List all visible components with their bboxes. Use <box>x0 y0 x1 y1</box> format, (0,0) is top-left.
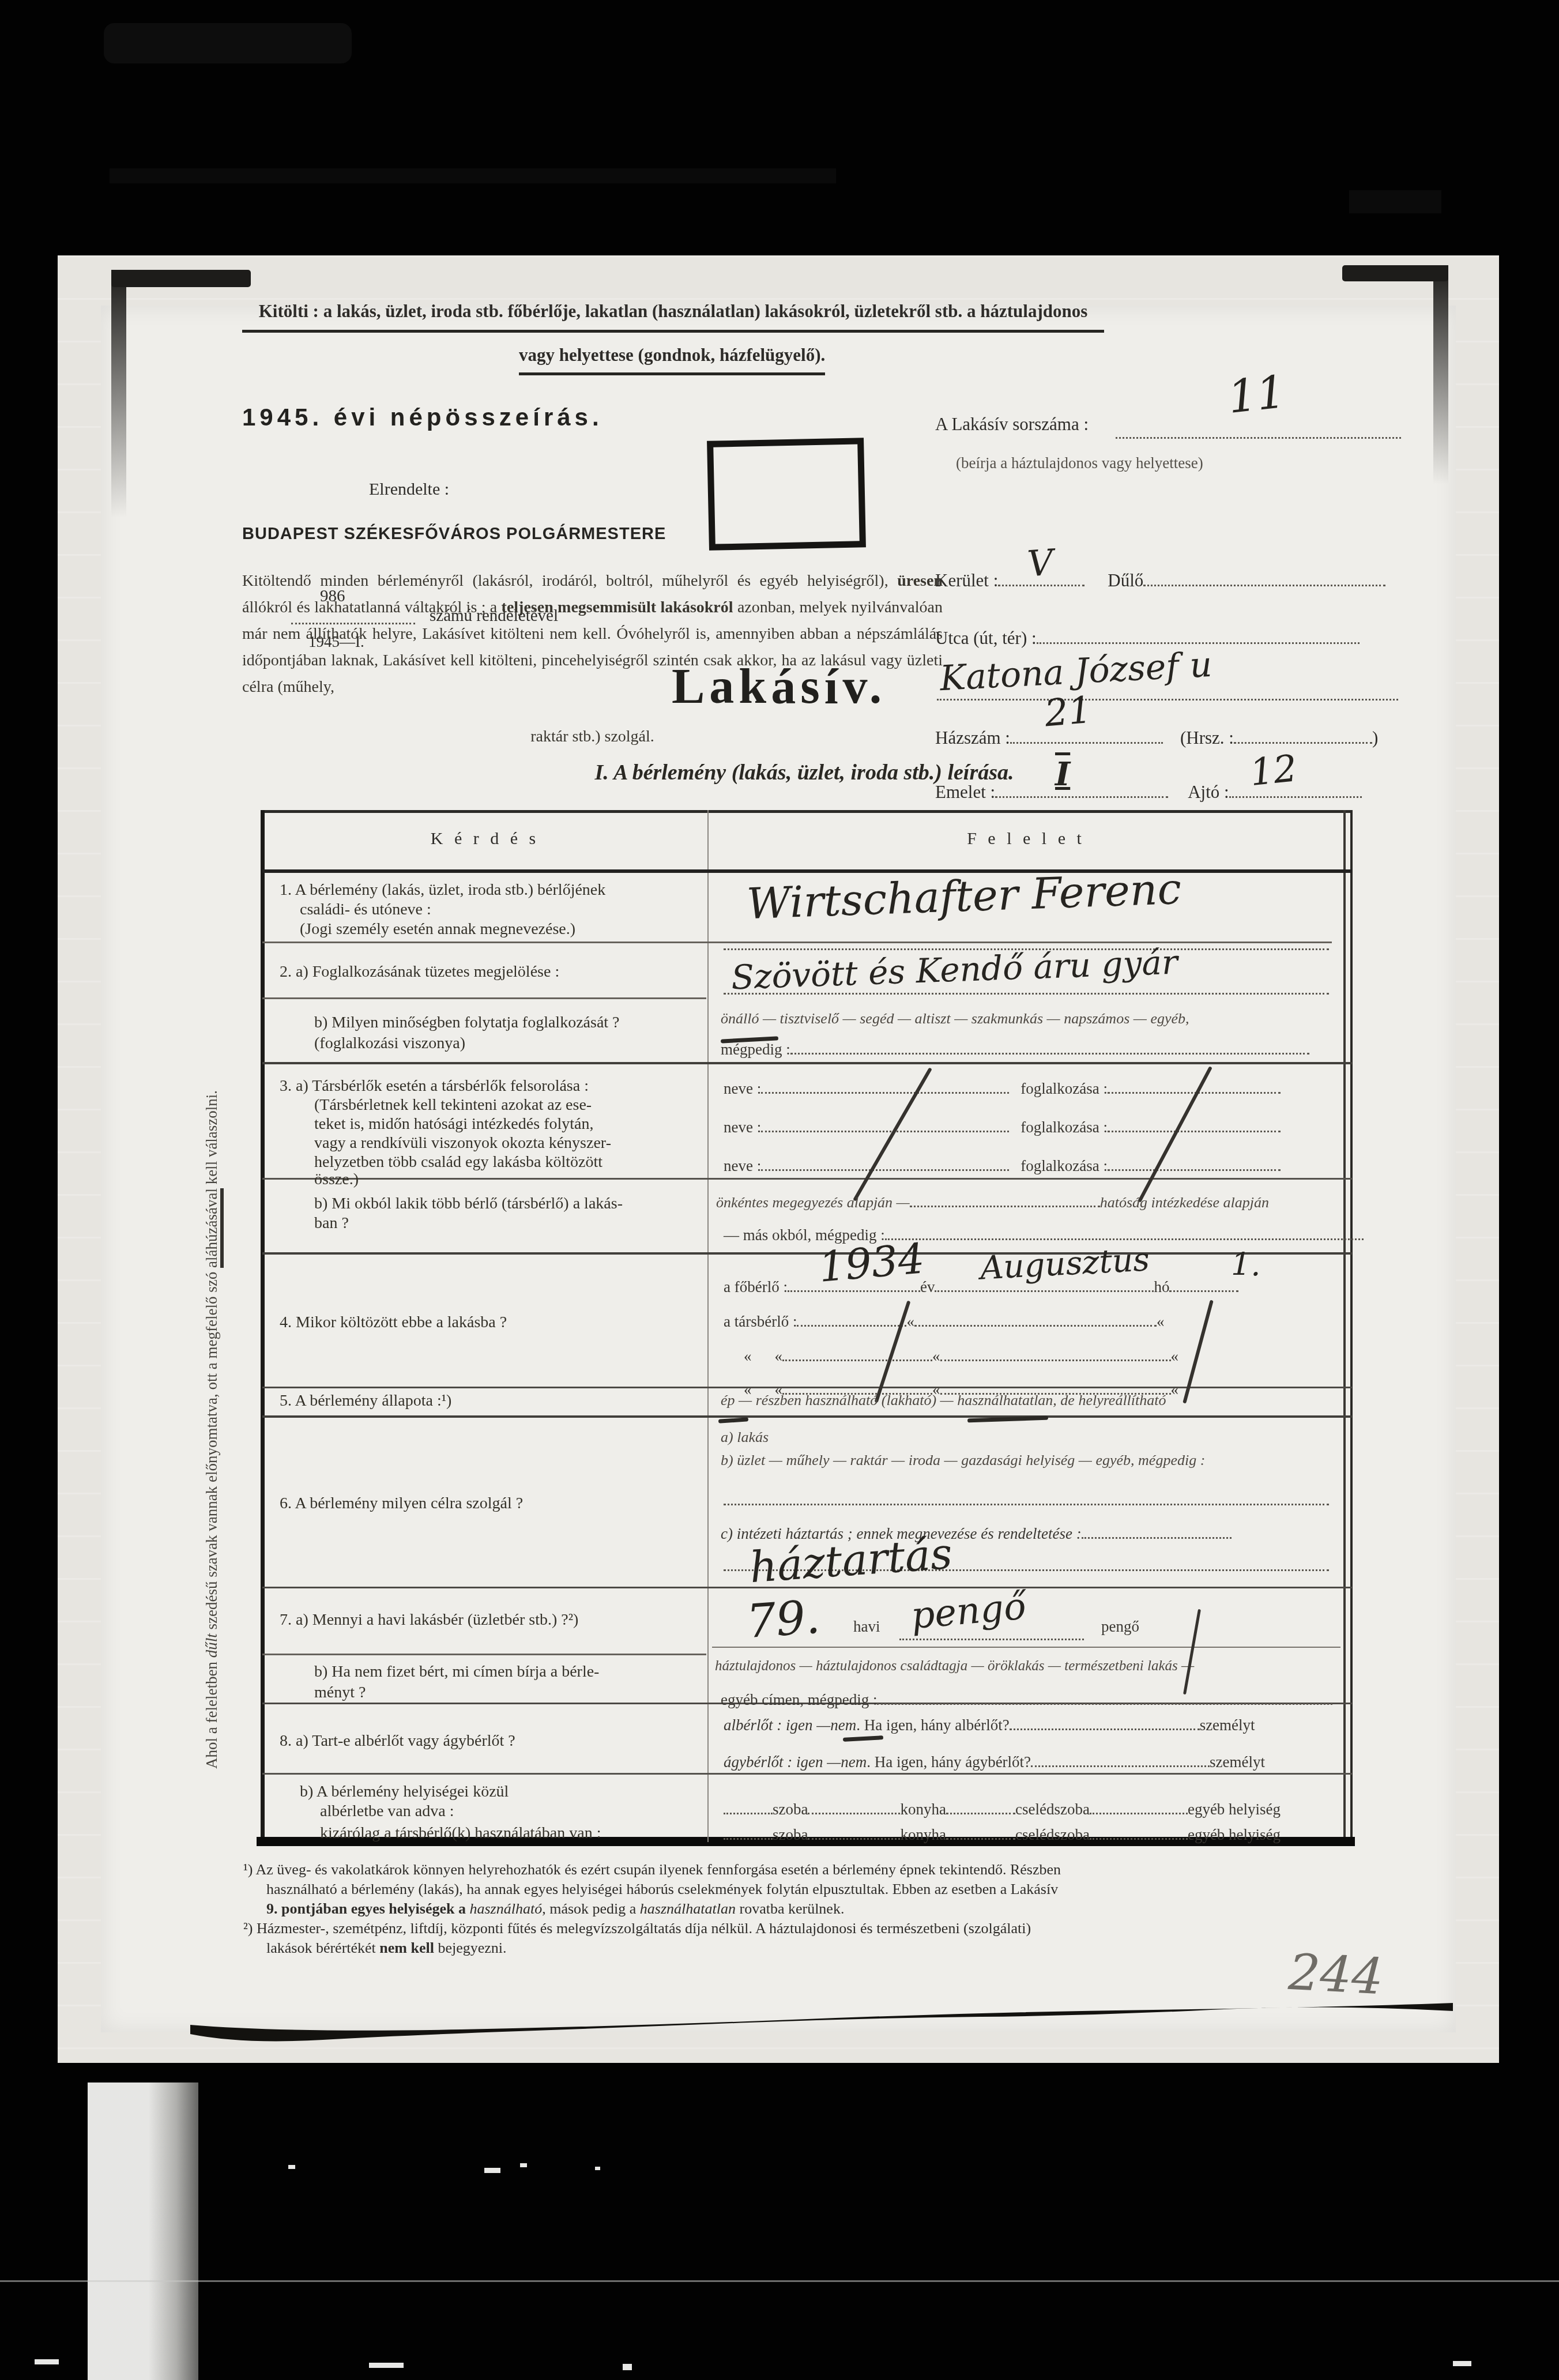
district-label: Kerület : <box>935 570 998 591</box>
q8a: 8. a) Tart-e albérlőt vagy ágybérlőt ? <box>280 1732 515 1750</box>
a8a-row2: ágybérlőt : igen — nem. Ha igen, hány ág… <box>724 1750 1265 1771</box>
corner-bracket-top-left-stem <box>111 270 126 518</box>
a2b-options: önálló — tisztviselő — segéd — altiszt —… <box>721 1010 1189 1027</box>
q5: 5. A bérlemény állapota :¹) <box>280 1392 451 1410</box>
dotted-leader <box>914 1310 1157 1327</box>
film-streak <box>88 2082 198 2380</box>
film-speck <box>520 2163 527 2167</box>
housenumber-row: Házszám : (Hrsz. : ) <box>935 725 1378 748</box>
mayor-name: BUDAPEST SZÉKESFŐVÁROS POLGÁRMESTERE <box>242 525 666 544</box>
street-label: Utca (út, tér) : <box>935 628 1037 649</box>
a8a-nem1: nem <box>830 1716 856 1734</box>
q7b-line2: ményt ? <box>314 1684 366 1702</box>
q3a-line3: teket is, midőn hatósági intézkedés foly… <box>314 1115 593 1133</box>
a2b-onallo: önálló <box>721 1010 759 1027</box>
film-speck <box>288 2165 295 2169</box>
a4-row2: a társbérlő : « « <box>724 1310 1164 1331</box>
dotted-leader <box>724 1798 773 1814</box>
a7a-havi-label: havi <box>853 1618 880 1636</box>
corner-bracket-top-right-stem <box>1433 265 1448 484</box>
dotted-leader <box>1090 1823 1188 1840</box>
q3a-line4: vagy a rendkívüli viszonyok okozta kénys… <box>314 1134 611 1153</box>
table-header-underline <box>262 869 1352 873</box>
footnote2-line2: lakások bérértékét nem kell bejegyezni. <box>266 1940 507 1957</box>
dotted-leader <box>782 1345 932 1361</box>
footnote1-line3: 9. pontjában egyes helyiségek a használh… <box>266 1900 844 1918</box>
film-speck <box>369 2363 404 2368</box>
section-title: I. A bérlemény (lakás, üzlet, iroda stb.… <box>262 760 1346 785</box>
table-left-border <box>261 810 265 1845</box>
a4-row3: «« « « <box>744 1345 1178 1365</box>
dotted-leader <box>1108 1077 1281 1094</box>
q3a-line2: (Társbérletnek kell tekinteni azokat az … <box>314 1096 592 1114</box>
dotted-leader <box>724 1823 773 1840</box>
row-separator <box>262 1062 1352 1064</box>
footnote2-line1: ²) Házmester-, szemétpénz, liftdíj, közp… <box>243 1920 1031 1937</box>
serial-label: A Lakásív sorszáma : <box>935 414 1089 435</box>
a7a-dotted <box>899 1639 1084 1640</box>
intro-paragraph: Kitöltendő minden bérleményről (lakásról… <box>242 568 943 701</box>
q6: 6. A bérlemény milyen célra szolgál ? <box>280 1494 523 1513</box>
dotted-leader <box>1108 1154 1281 1171</box>
footnote1-line2: használható a bérlemény (lakás), ha anna… <box>266 1881 1058 1898</box>
dotted-leader <box>946 1823 1015 1840</box>
dotted-leader <box>1234 725 1372 744</box>
q7a: 7. a) Mennyi a havi lakásbér (üzletbér s… <box>280 1611 578 1629</box>
q3b-line1: b) Mi okból lakik több bérlő (társbérlő)… <box>314 1195 623 1213</box>
q8b-line3: kizárólag a társbérlő(k) használatában v… <box>320 1824 601 1843</box>
corner-bracket-top-right <box>1342 265 1448 281</box>
table-column-divider <box>707 810 709 1842</box>
a4-year-handwritten: 1934 <box>817 1234 927 1291</box>
q1-line2: családi- és utóneve : <box>300 901 431 919</box>
dotted-leader <box>877 1688 1332 1705</box>
film-speck <box>623 2364 632 2370</box>
q3a-line6: össze.) <box>314 1170 359 1189</box>
dotted-leader <box>1031 1750 1210 1767</box>
q4: 4. Mikor költözött ebbe a lakásba ? <box>280 1313 507 1332</box>
row-separator <box>712 1647 1340 1648</box>
dulo-label: Dűlő <box>1108 570 1143 591</box>
hrsz-close: ) <box>1372 728 1378 748</box>
a2b-megpedig-row: mégpedig : <box>721 1038 1309 1059</box>
q3a-line1: 3. a) Társbérlők esetén a társbérlők fel… <box>280 1077 589 1095</box>
a8a-nem2: nem <box>841 1753 867 1771</box>
a7a-pengo-label: pengő <box>1101 1618 1139 1636</box>
table-top-border <box>262 810 1352 813</box>
a2b-megpedig: mégpedig : <box>721 1041 790 1059</box>
dotted-leader <box>761 1077 1009 1094</box>
film-smudge <box>104 23 352 63</box>
film-speck <box>484 2168 500 2173</box>
a6-line-b: b) üzlet — műhely — raktár — iroda — gaz… <box>721 1452 1205 1469</box>
dotted-leader <box>797 1310 906 1327</box>
film-smudge <box>1349 190 1441 213</box>
dotted-leader <box>910 1191 1100 1207</box>
dotted-leader <box>1143 568 1385 586</box>
ordered-by-label: Elrendelte : <box>369 480 449 499</box>
a5-options: ép — részben használható (lakható) — has… <box>721 1392 1166 1409</box>
film-smudge <box>110 168 836 183</box>
district-value-handwritten: V <box>1026 541 1055 585</box>
dotted-leader <box>940 1345 1171 1361</box>
housenumber-value-handwritten: 21 <box>1043 689 1094 736</box>
census-title: 1945. évi népösszeírás. <box>242 404 603 431</box>
row-separator <box>262 1415 1352 1418</box>
table-header-question: K é r d é s <box>262 829 707 849</box>
row-separator <box>262 1654 706 1655</box>
q1-line1: 1. A bérlemény (lakás, üzlet, iroda stb.… <box>280 881 605 899</box>
street-row: Utca (út, tér) : <box>935 626 1360 649</box>
film-scratch-line <box>0 2280 1559 2282</box>
dotted-leader <box>1090 1798 1188 1814</box>
dotted-leader <box>1169 1275 1238 1292</box>
dotted-leader <box>790 1038 1309 1055</box>
a3b-row2: — más okból, mégpedig : <box>724 1223 1364 1244</box>
a5-ep: ép <box>721 1392 735 1409</box>
street-dotted-line2 <box>937 699 1398 701</box>
district-row: Kerület : Dűlő <box>935 568 1385 591</box>
a8b-row1: szoba konyha cselédszoba egyéb helyiség <box>724 1798 1281 1818</box>
side-note-underlined-word: aláhúzásával <box>203 1188 224 1268</box>
a3a-row2: neve : foglalkozása : <box>724 1116 1281 1136</box>
q3b-line2: ban ? <box>314 1214 349 1233</box>
intro-last-line: raktár stb.) szolgál. <box>242 728 943 746</box>
a8b-row2: szoba konyha cselédszoba egyéb helyiség <box>724 1823 1281 1844</box>
a5-lakhato: (lakható) <box>882 1392 936 1409</box>
housenumber-label: Házszám : <box>935 728 1010 748</box>
row-separator <box>262 1178 1352 1180</box>
table-right-border <box>1343 810 1346 1845</box>
footnote1-line1: ¹) Az üveg- és vakolatkárok könnyen hely… <box>243 1861 1061 1878</box>
fill-instruction-line2: vagy helyettese (gondnok, házfelügyelő). <box>519 345 825 375</box>
film-speck <box>595 2167 600 2170</box>
serial-note: (beírja a háztulajdonos vagy helyettese) <box>956 454 1203 472</box>
intro-text: Kitöltendő minden bérleményről (lakásról… <box>242 572 897 590</box>
q8b-line2: albérletbe van adva : <box>320 1802 454 1821</box>
serial-dotted-line <box>1116 437 1401 439</box>
dotted-leader <box>1082 1522 1232 1539</box>
a7b-egyeb-row: egyéb címen, mégpedig : <box>721 1688 1332 1709</box>
dotted-leader <box>761 1116 1009 1132</box>
dotted-leader <box>808 1823 900 1840</box>
row-separator <box>262 1773 1352 1775</box>
hrsz-label: (Hrsz. : <box>1180 728 1234 748</box>
side-note-vertical: Ahol a feleletben dűlt szedésű szavak va… <box>203 861 221 1769</box>
row-separator <box>262 1252 1352 1255</box>
a3b-row1: önkéntes megegyezés alapján — hatóság in… <box>716 1191 1269 1211</box>
a3a-row3: neve : foglalkozása : <box>724 1154 1281 1175</box>
fill-instruction-line1: Kitölti : a lakás, üzlet, iroda stb. főb… <box>242 301 1104 333</box>
torn-edge <box>0 1999 1559 2069</box>
stamp-box <box>707 438 866 551</box>
dotted-leader <box>808 1798 900 1814</box>
dotted-leader <box>761 1154 1009 1171</box>
pencil-page-number: 244 <box>1287 1944 1384 2006</box>
table-right-border2 <box>1350 810 1353 1845</box>
a6-dotted-line1 <box>724 1504 1329 1505</box>
a4-day-handwritten: 1. <box>1231 1247 1261 1283</box>
a6-line-a: a) lakás <box>721 1429 769 1446</box>
q1-line3: (Jogi személy esetén annak megnevezése.) <box>300 920 575 939</box>
q8b-line1: b) A bérlemény helyiségei közül <box>300 1783 509 1801</box>
intro-bold-megsemmisult: teljesen megsemmisült lakásokról <box>502 598 733 616</box>
corner-bracket-top-left <box>111 270 251 287</box>
dotted-leader <box>1037 626 1360 644</box>
dotted-leader <box>1010 1714 1200 1730</box>
film-speck <box>35 2359 59 2364</box>
q3a-line5: helyzetben több család egy lakásba költö… <box>314 1153 602 1172</box>
q2b-line1: b) Milyen minőségben folytatja foglalkoz… <box>314 1014 620 1032</box>
a8a-row1: albérlőt : igen — nem. Ha igen, hány alb… <box>724 1714 1255 1734</box>
table-header-answer: F e l e l e t <box>707 829 1345 849</box>
q2a: 2. a) Foglalkozásának tüzetes megjelölés… <box>280 963 559 981</box>
dotted-leader <box>885 1223 1364 1240</box>
row-separator <box>262 997 706 999</box>
q2b-line2: (foglalkozási viszonya) <box>314 1034 465 1053</box>
q7b-line1: b) Ha nem fizet bért, mi címen bírja a b… <box>314 1663 599 1681</box>
dotted-leader <box>1108 1116 1281 1132</box>
serial-value-handwritten: 11 <box>1226 366 1288 424</box>
dotted-leader <box>946 1798 1015 1814</box>
a7a-amount-handwritten: 79. <box>745 1590 822 1649</box>
scanned-census-sheet: Kitölti : a lakás, üzlet, iroda stb. főb… <box>0 0 1559 2380</box>
film-speck <box>1453 2361 1471 2366</box>
a7b-options: háztulajdonos — háztulajdonos családtagj… <box>715 1658 1194 1674</box>
